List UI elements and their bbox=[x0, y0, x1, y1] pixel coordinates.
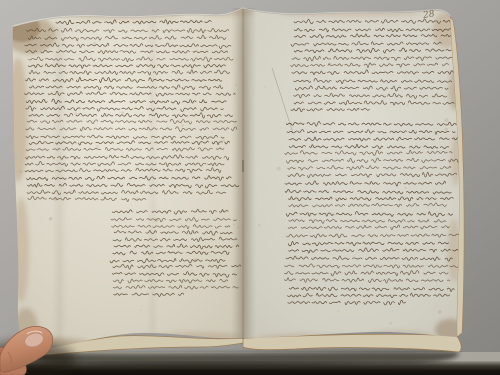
foxing-spot bbox=[70, 190, 73, 193]
foxing-spot bbox=[74, 112, 77, 115]
foxing-spot bbox=[359, 107, 360, 108]
foxing-spot bbox=[49, 217, 52, 220]
foxing-spot bbox=[210, 120, 211, 121]
foxing-spot bbox=[55, 172, 56, 173]
foxing-spot bbox=[302, 39, 303, 40]
foxing-spot bbox=[445, 128, 448, 131]
foxing-spot bbox=[264, 87, 265, 88]
foxing-spot bbox=[121, 111, 124, 114]
foxing-spot bbox=[435, 229, 437, 231]
gutter-shadow bbox=[231, 8, 256, 339]
foxing-spot bbox=[19, 170, 22, 173]
foxing-spot bbox=[354, 100, 356, 102]
foxing-spot bbox=[136, 60, 137, 61]
foxing-spot bbox=[444, 118, 448, 122]
foxing-spot bbox=[311, 246, 312, 247]
book-shadow bbox=[28, 352, 458, 367]
foxing-spot bbox=[442, 253, 443, 254]
foxing-spot bbox=[222, 138, 226, 142]
foxing-spot bbox=[140, 309, 141, 310]
foxing-spot bbox=[295, 39, 296, 40]
foxing-spot bbox=[316, 307, 317, 308]
foxing-spot bbox=[258, 224, 260, 226]
foxing-spot bbox=[405, 187, 407, 189]
manuscript-photo: 28 bbox=[0, 0, 500, 375]
page-number: 28 bbox=[421, 9, 435, 21]
foxing-spot bbox=[407, 104, 409, 106]
foxing-spot bbox=[104, 334, 105, 335]
foxing-spot bbox=[277, 167, 281, 171]
foxing-spot bbox=[181, 124, 185, 128]
foxing-spot bbox=[438, 310, 442, 314]
foxing-spot bbox=[389, 322, 392, 325]
foxing-spot bbox=[189, 224, 190, 225]
manuscript-photo-canvas: 28 bbox=[0, 0, 500, 375]
foxing-spot bbox=[37, 298, 38, 299]
foxing-spot bbox=[137, 65, 139, 67]
foxing-spot bbox=[338, 311, 340, 313]
foxing-spot bbox=[119, 111, 121, 113]
